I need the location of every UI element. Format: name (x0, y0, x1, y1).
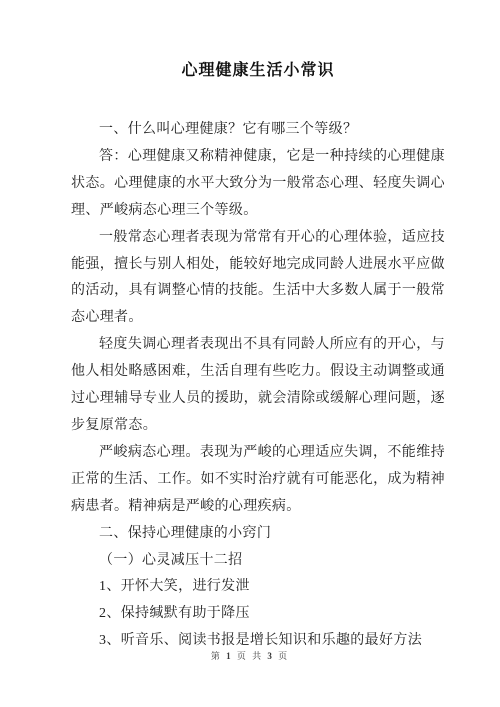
document-title: 心理健康生活小常识 (71, 58, 445, 84)
document-body: 一、什么叫心理健康？它有哪三个等级？ 答：心理健康又称精神健康，它是一种持续的心… (71, 117, 445, 655)
footer-label-first: 第 (211, 651, 222, 661)
paragraph-mild-disorder: 轻度失调心理者表现出不具有同龄人所应有的开心，与他人相处略感困难，生活自理有些吃… (71, 332, 445, 440)
paragraph-answer: 答：心理健康又称精神健康，它是一种持续的心理健康状态。心理健康的水平大致分为一般… (71, 144, 445, 225)
paragraph-severe-disorder: 严峻病态心理。表现为严峻的心理适应失调，不能维持正常的生活、工作。如不实时治疗就… (71, 440, 445, 521)
list-item-1: 1、开怀大笑，进行发泄 (71, 574, 445, 601)
page-footer: 第 1 页 共 3 页 (0, 649, 500, 662)
section-heading-1: 一、什么叫心理健康？它有哪三个等级？ (71, 117, 445, 144)
footer-total-pages: 3 (267, 651, 274, 661)
list-item-2: 2、保持缄默有助于降压 (71, 601, 445, 628)
footer-label-last: 页 (278, 651, 289, 661)
footer-label-middle: 页 共 (237, 651, 263, 661)
footer-page-number: 1 (226, 651, 233, 661)
paragraph-normal-state: 一般常态心理者表现为常常有开心的心理体验，适应技能强，擅长与别人相处，能较好地完… (71, 225, 445, 333)
document-page: 心理健康生活小常识 一、什么叫心理健康？它有哪三个等级？ 答：心理健康又称精神健… (0, 0, 500, 707)
subsection-heading: （一）心灵减压十二招 (71, 548, 445, 575)
section-heading-2: 二、保持心理健康的小窍门 (71, 521, 445, 548)
